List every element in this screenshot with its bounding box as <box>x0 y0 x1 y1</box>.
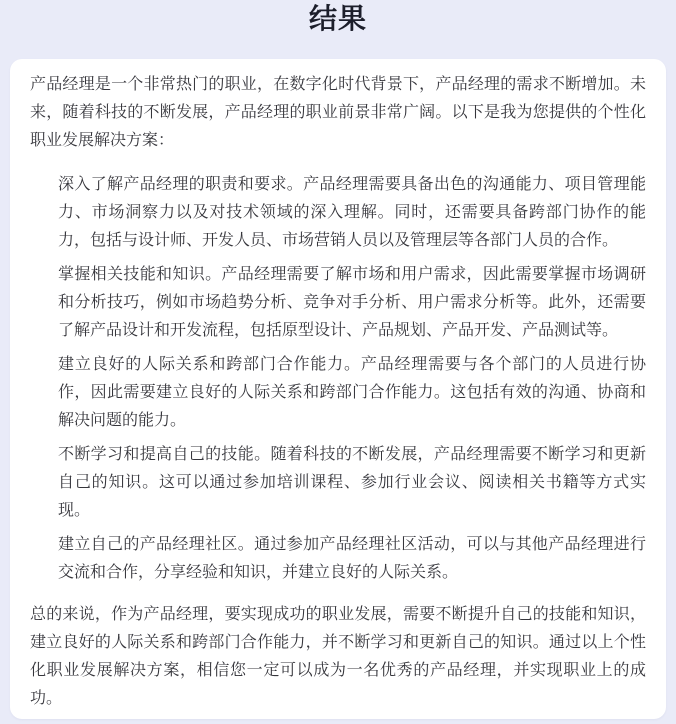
list-item: 建立自己的产品经理社区。通过参加产品经理社区活动，可以与其他产品经理进行交流和合… <box>58 531 646 587</box>
list-item: 不断学习和提高自己的技能。随着科技的不断发展，产品经理需要不断学习和更新自己的知… <box>58 441 646 525</box>
list-item: 深入了解产品经理的职责和要求。产品经理需要具备出色的沟通能力、项目管理能力、市场… <box>58 171 646 255</box>
list-item: 掌握相关技能和知识。产品经理需要了解市场和用户需求，因此需要掌握市场调研和分析技… <box>58 261 646 345</box>
result-card: 产品经理是一个非常热门的职业，在数字化时代背景下，产品经理的需求不断增加。未来，… <box>10 59 666 719</box>
solution-list: 深入了解产品经理的职责和要求。产品经理需要具备出色的沟通能力、项目管理能力、市场… <box>30 171 646 587</box>
intro-paragraph: 产品经理是一个非常热门的职业，在数字化时代背景下，产品经理的需求不断增加。未来，… <box>30 71 646 155</box>
page-title: 结果 <box>0 0 676 37</box>
list-item: 建立良好的人际关系和跨部门合作能力。产品经理需要与各个部门的人员进行协作，因此需… <box>58 351 646 435</box>
result-page: 结果 产品经理是一个非常热门的职业，在数字化时代背景下，产品经理的需求不断增加。… <box>0 0 676 724</box>
conclusion-paragraph: 总的来说，作为产品经理，要实现成功的职业发展，需要不断提升自己的技能和知识，建立… <box>30 601 646 713</box>
